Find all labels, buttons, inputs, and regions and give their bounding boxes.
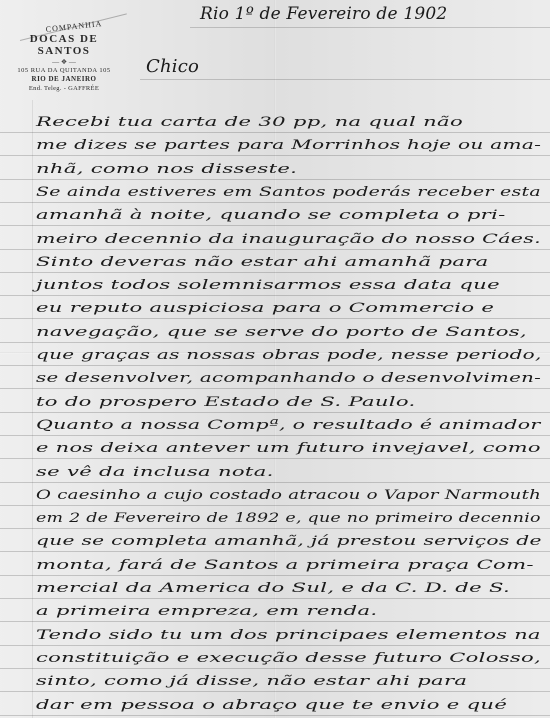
body-line: se desenvolver, acompanhando o desenvolv… (36, 371, 541, 386)
ruled-line (0, 505, 550, 506)
body-line: me dizes se partes para Morrinhos hoje o… (36, 138, 541, 153)
body-line: em 2 de Fevereiro de 1892 e, que no prim… (36, 511, 541, 526)
ruled-line (0, 412, 550, 413)
ruled-line (0, 645, 550, 646)
body-line: sinto, como já disse, não estar ahi para (36, 674, 467, 689)
ruled-line (0, 621, 550, 622)
body-line: Sinto deveras não estar ahi amanhã para (36, 255, 489, 270)
body-line: que graças as nossas obras pode, nesse p… (36, 348, 542, 363)
ruled-line (0, 318, 550, 319)
body-line: se vê da inclusa nota. (36, 465, 274, 480)
ruled-line (140, 79, 550, 80)
letterhead-telegraph: End. Teleg. - GAFFRÉE (4, 85, 124, 92)
ruled-line (0, 365, 550, 366)
letterhead-address: 105 RUA DA QUITANDA 105 (4, 67, 124, 74)
ruled-line (0, 551, 550, 552)
margin-line (32, 100, 33, 718)
body-line: que se completa amanhã, já prestou servi… (36, 534, 542, 549)
ruled-line (0, 179, 550, 180)
ruled-line (0, 295, 550, 296)
ruled-line (0, 225, 550, 226)
ruled-line (0, 668, 550, 669)
body-line: navegação, que se serve do porto de Sant… (36, 325, 527, 340)
body-line: O caesinho a cujo costado atracou o Vapo… (36, 488, 541, 503)
body-line: mercial da America do Sul, e da C. D. de… (36, 581, 510, 596)
ruled-line (0, 482, 550, 483)
body-line: constituição e execução desse futuro Col… (36, 651, 541, 666)
ornament-icon: — ❖ — (4, 58, 124, 66)
body-line: juntos todos solemnisarmos essa data que (36, 278, 500, 293)
ruled-line (0, 575, 550, 576)
body-line: Quanto a nossa Compª, o resultado é anim… (36, 418, 540, 433)
ruled-line (0, 715, 550, 716)
body-line: to do prospero Estado de S. Paulo. (36, 395, 416, 410)
body-line: monta, fará de Santos a primeira praça C… (36, 558, 534, 573)
ruled-line (0, 202, 550, 203)
body-line: e nos deixa antever um futuro invejavel,… (36, 441, 541, 456)
ruled-line (0, 528, 550, 529)
body-line: Tendo sido tu um dos principaes elemento… (36, 628, 541, 643)
ruled-line (0, 388, 550, 389)
body-line: dar em pessoa o abraço que te envio e qu… (36, 698, 507, 713)
ruled-line (0, 691, 550, 692)
ruled-line (0, 598, 550, 599)
letterhead-company-name: DOCAS DE SANTOS (4, 33, 124, 57)
ruled-line (0, 435, 550, 436)
letterhead: COMPANHIA DOCAS DE SANTOS — ❖ — 105 RUA … (4, 22, 124, 92)
ruled-line (0, 249, 550, 250)
ruled-line (0, 342, 550, 343)
body-line: amanhã à noite, quando se completa o pri… (36, 208, 506, 223)
letter-date: Rio 1º de Fevereiro de 1902 (200, 4, 447, 24)
letter-page: COMPANHIA DOCAS DE SANTOS — ❖ — 105 RUA … (0, 0, 550, 718)
body-line: a primeira empreza, em renda. (36, 604, 377, 619)
body-line: nhã, como nos disseste. (36, 162, 297, 177)
letter-salutation: Chico (146, 56, 199, 77)
body-line: Recebi tua carta de 30 pp, na qual não (36, 115, 463, 130)
letterhead-city: RIO DE JANEIRO (4, 75, 124, 83)
ruled-line (0, 272, 550, 273)
body-line: meiro decennio da inauguração do nosso C… (36, 232, 541, 247)
ruled-line (0, 155, 550, 156)
ruled-line (0, 132, 550, 133)
body-line: Se ainda estiveres em Santos poderás rec… (36, 185, 541, 200)
ruled-line (0, 458, 550, 459)
body-line: eu reputo auspiciosa para o Commercio e (36, 301, 494, 316)
ruled-line (190, 27, 550, 28)
